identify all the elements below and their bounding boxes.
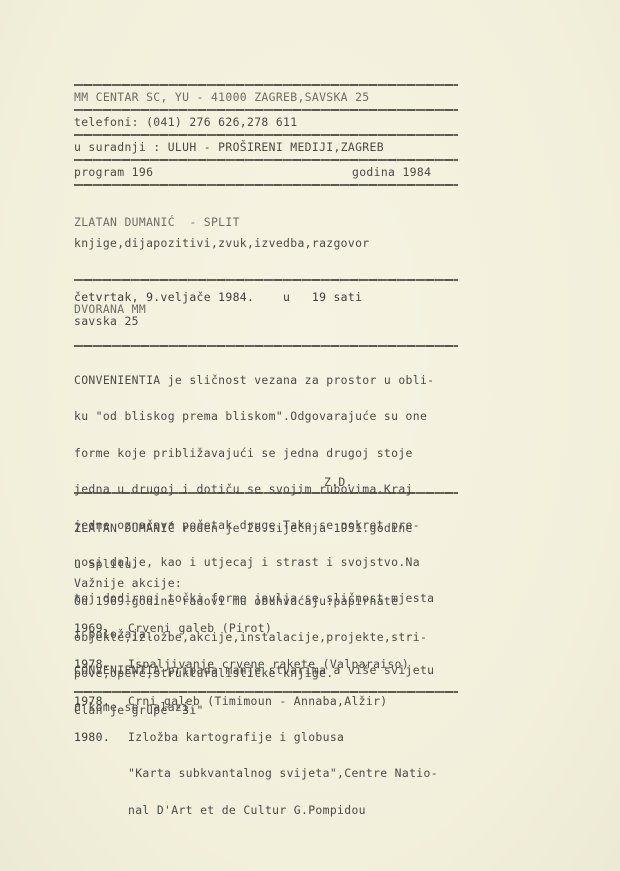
biography-line: ZLATAN DUMANIĆ rođen je 26.siječnja 1951… <box>74 522 427 534</box>
statement-line: forme koje približavajući se jedna drugo… <box>74 447 434 459</box>
action-year: 1969. <box>74 622 128 634</box>
action-year: 1978. <box>74 658 128 670</box>
statement-signature: Z.D. <box>324 476 353 488</box>
center-address: MM CENTAR SC, YU - 41000 ZAGREB,SAVSKA 2… <box>74 91 370 103</box>
action-item: 1978. Ispaljivanje crvene rakete (Valpar… <box>74 658 438 670</box>
action-title: Crveni galeb (Pirot) <box>128 622 272 634</box>
divider <box>74 492 458 494</box>
program-year: godina 1984 <box>352 166 431 178</box>
action-year: 1978. <box>74 695 128 707</box>
action-item: 1969. Crveni galeb (Pirot) <box>74 622 438 634</box>
biography-line: u Splitu. <box>74 558 427 570</box>
program-number: program 196 <box>74 166 153 178</box>
action-item: 1980. Izložba kartografije i globusa <box>74 731 438 743</box>
divider <box>74 279 458 281</box>
actions-heading: Važnije akcije: <box>74 577 182 589</box>
venue-address: savska 25 <box>74 315 139 327</box>
divider <box>74 159 458 161</box>
statement-line: CONVENIENTIA je sličnost vezana za prost… <box>74 374 434 386</box>
divider <box>74 184 458 186</box>
divider <box>74 691 458 693</box>
divider <box>74 109 458 111</box>
action-title: Izložba kartografije i globusa <box>128 731 344 743</box>
actions-list: 1969. Crveni galeb (Pirot) 1978. Ispalji… <box>74 598 438 840</box>
action-title-continued: "Karta subkvantalnog svijeta",Centre Nat… <box>74 767 438 779</box>
action-title: Ispaljivanje crvene rakete (Valparaiso) <box>128 658 409 670</box>
phone-numbers: telefoni: (041) 276 626,278 611 <box>74 116 297 128</box>
divider <box>74 345 458 347</box>
collaboration-line: u suradnji : ULUH - PROŠIRENI MEDIJI,ZAG… <box>74 141 384 153</box>
artist-name: ZLATAN DUMANIĆ - SPLIT <box>74 216 240 228</box>
divider <box>74 134 458 136</box>
action-item: 1978. Crni galeb (Timimoun - Annaba,Alži… <box>74 695 438 707</box>
divider <box>74 84 458 86</box>
statement-line: ku "od bliskog prema bliskom".Odgovaraju… <box>74 410 434 422</box>
action-year: 1980. <box>74 731 128 743</box>
event-media: knjige,dijapozitivi,zvuk,izvedba,razgovo… <box>74 237 370 249</box>
typewritten-program-sheet: MM CENTAR SC, YU - 41000 ZAGREB,SAVSKA 2… <box>0 0 620 871</box>
action-title-continued: nal D'Art et de Cultur G.Pompidou <box>74 804 438 816</box>
action-title: Crni galeb (Timimoun - Annaba,Alžir) <box>128 695 387 707</box>
